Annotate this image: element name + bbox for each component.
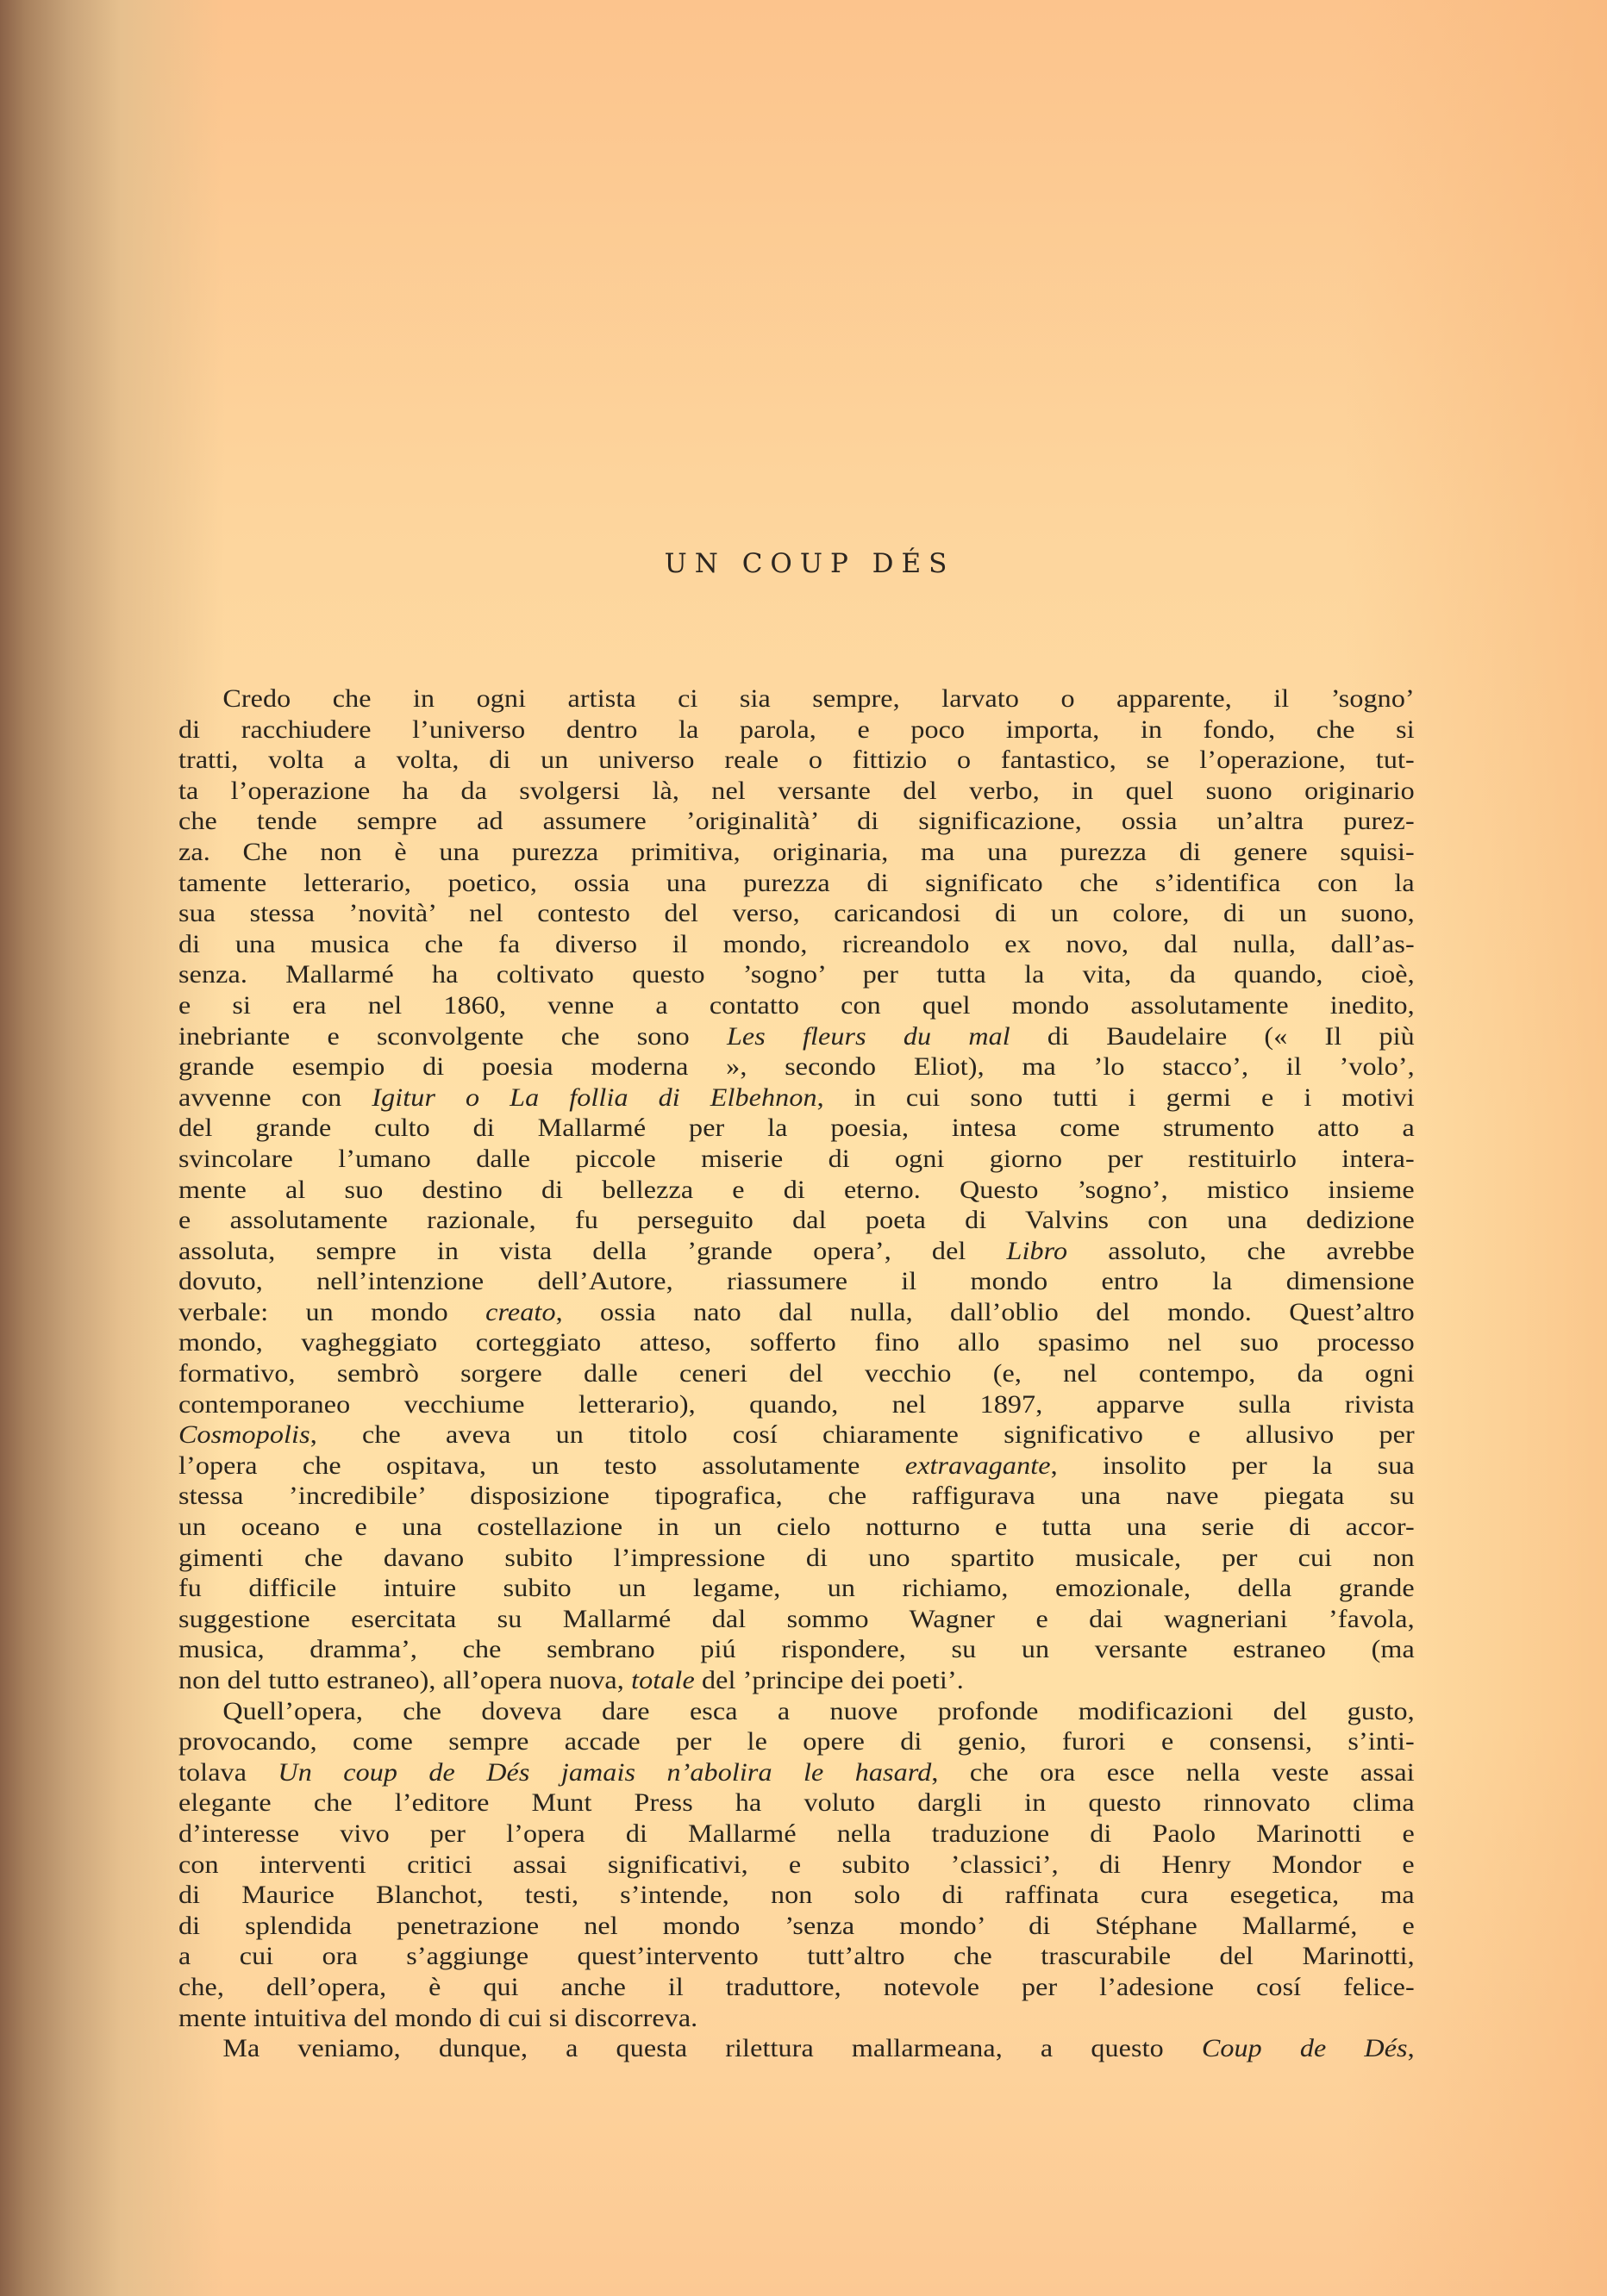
text-line: avvenne con Igitur o La follia di Elbehn…	[178, 1082, 1415, 1114]
text-segment: suggestione esercitata su Mallarmé dal s…	[178, 1605, 1415, 1633]
italic-title: Coup de Dés	[1202, 2034, 1408, 2062]
text-segment: che tende sempre ad assumere ’originalit…	[178, 807, 1415, 835]
text-segment: za. Che non è una purezza primitiva, ori…	[178, 838, 1415, 866]
text-segment: assoluto, che avrebbe	[1067, 1237, 1415, 1265]
paragraph: Quell’opera, che doveva dare esca a nuov…	[178, 1696, 1415, 2034]
text-line: gimenti che davano subito l’impressione …	[178, 1543, 1415, 1574]
text-line: di racchiudere l’universo dentro la paro…	[178, 714, 1415, 746]
italic-title: Igitur o La follia di Elbehnon	[372, 1083, 816, 1112]
text-line: provocando, come sempre accade per le op…	[178, 1726, 1415, 1757]
text-line: non del tutto estraneo), all’opera nuova…	[178, 1665, 1415, 1696]
text-line: contemporaneo vecchiume letterario), qua…	[178, 1389, 1415, 1420]
text-segment: senza. Mallarmé ha coltivato questo ’sog…	[178, 960, 1415, 989]
text-segment: ta l’operazione ha da svolgersi là, nel …	[178, 777, 1415, 805]
text-line: senza. Mallarmé ha coltivato questo ’sog…	[178, 959, 1415, 990]
text-segment: di splendida penetrazione nel mondo ’sen…	[178, 1912, 1415, 1940]
text-segment: dovuto, nell’intenzione dell’Autore, ria…	[178, 1267, 1415, 1295]
text-segment: , ossia nato dal nulla, dall’oblio del m…	[556, 1298, 1415, 1326]
text-segment: stessa ’incredibile’ disposizione tipogr…	[178, 1482, 1415, 1510]
text-line: di Maurice Blanchot, testi, s’intende, n…	[178, 1880, 1415, 1911]
text-line: l’opera che ospitava, un testo assolutam…	[178, 1451, 1415, 1482]
text-line: fu difficile intuire subito un legame, u…	[178, 1573, 1415, 1604]
text-segment: grande esempio di poesia moderna », seco…	[178, 1052, 1415, 1081]
text-segment: e si era nel 1860, venne a contatto con …	[178, 991, 1415, 1020]
text-line: Ma veniamo, dunque, a questa rilettura m…	[178, 2033, 1415, 2064]
text-line: elegante che l’editore Munt Press ha vol…	[178, 1788, 1415, 1819]
text-segment: ,	[1408, 2034, 1415, 2062]
text-segment: che, dell’opera, è qui anche il tradutto…	[178, 1973, 1415, 2001]
italic-title: Libro	[1007, 1237, 1068, 1265]
text-segment: Credo che in ogni artista ci sia sempre,…	[222, 684, 1414, 713]
text-segment: di Baudelaire (« Il più	[1010, 1022, 1415, 1051]
text-segment: del ’principe dei poeti’.	[695, 1666, 964, 1694]
text-segment: del grande culto di Mallarmé per la poes…	[178, 1114, 1415, 1142]
text-segment: verbale: un mondo	[178, 1298, 485, 1326]
text-line: con interventi critici assai significati…	[178, 1850, 1415, 1881]
text-segment: svincolare l’umano dalle piccole miserie…	[178, 1145, 1415, 1173]
text-segment: gimenti che davano subito l’impressione …	[178, 1544, 1415, 1572]
body-text: Credo che in ogni artista ci sia sempre,…	[178, 683, 1415, 2064]
text-segment: mondo, vagheggiato corteggiato atteso, s…	[178, 1328, 1415, 1357]
text-segment: non del tutto estraneo), all’opera nuova…	[178, 1666, 631, 1694]
italic-title: Les fleurs du mal	[727, 1022, 1010, 1051]
text-line: sua stessa ’novità’ nel contesto del ver…	[178, 898, 1415, 929]
text-line: formativo, sembrò sorgere dalle ceneri d…	[178, 1358, 1415, 1389]
text-line: mente al suo destino di bellezza e di et…	[178, 1175, 1415, 1206]
text-segment: formativo, sembrò sorgere dalle ceneri d…	[178, 1359, 1415, 1388]
text-line: di splendida penetrazione nel mondo ’sen…	[178, 1911, 1415, 1942]
paragraph: Ma veniamo, dunque, a questa rilettura m…	[178, 2033, 1415, 2064]
text-segment: , in cui sono tutti i germi e i motivi	[817, 1083, 1415, 1112]
text-segment: d’interesse vivo per l’opera di Mallarmé…	[178, 1819, 1415, 1848]
text-segment: Ma veniamo, dunque, a questa rilettura m…	[222, 2034, 1201, 2062]
text-segment: fu difficile intuire subito un legame, u…	[178, 1574, 1415, 1602]
text-segment: assoluta, sempre in vista della ’grande …	[178, 1237, 1007, 1265]
text-line: e si era nel 1860, venne a contatto con …	[178, 990, 1415, 1021]
text-segment: tolava	[178, 1758, 278, 1787]
italic-title: creato	[485, 1298, 555, 1326]
text-line: svincolare l’umano dalle piccole miserie…	[178, 1144, 1415, 1175]
text-line: che, dell’opera, è qui anche il tradutto…	[178, 1972, 1415, 2003]
text-line: assoluta, sempre in vista della ’grande …	[178, 1236, 1415, 1267]
italic-title: totale	[631, 1666, 695, 1694]
text-segment: , che ora esce nella veste assai	[931, 1758, 1414, 1787]
text-segment: a cui ora s’aggiunge quest’intervento tu…	[178, 1942, 1415, 1970]
text-line: Quell’opera, che doveva dare esca a nuov…	[178, 1696, 1415, 1727]
text-segment: con interventi critici assai significati…	[178, 1850, 1415, 1879]
text-line: mondo, vagheggiato corteggiato atteso, s…	[178, 1327, 1415, 1358]
text-line: suggestione esercitata su Mallarmé dal s…	[178, 1604, 1415, 1635]
text-segment: , che aveva un titolo cosí chiaramente s…	[310, 1420, 1415, 1449]
italic-title: Cosmopolis	[178, 1420, 310, 1449]
text-segment: tamente letterario, poetico, ossia una p…	[178, 869, 1415, 897]
text-segment: musica, dramma’, che sembrano piú rispon…	[178, 1635, 1415, 1663]
text-segment: di racchiudere l’universo dentro la paro…	[178, 715, 1415, 744]
text-line: mente intuitiva del mondo di cui si disc…	[178, 2003, 1415, 2034]
text-segment: sua stessa ’novità’ nel contesto del ver…	[178, 899, 1415, 927]
text-line: tratti, volta a volta, di un universo re…	[178, 745, 1415, 776]
text-line: Credo che in ogni artista ci sia sempre,…	[178, 683, 1415, 714]
text-segment: un oceano e una costellazione in un ciel…	[178, 1513, 1415, 1541]
text-line: za. Che non è una purezza primitiva, ori…	[178, 837, 1415, 868]
text-line: verbale: un mondo creato, ossia nato dal…	[178, 1297, 1415, 1328]
italic-title: Un coup de Dés jamais n’abolira le hasar…	[278, 1758, 931, 1787]
text-line: un oceano e una costellazione in un ciel…	[178, 1512, 1415, 1543]
text-line: grande esempio di poesia moderna », seco…	[178, 1051, 1415, 1082]
text-segment: e assolutamente razionale, fu perseguito…	[178, 1206, 1415, 1234]
text-line: tolava Un coup de Dés jamais n’abolira l…	[178, 1757, 1415, 1788]
text-segment: inebriante e sconvolgente che sono	[178, 1022, 727, 1051]
text-line: a cui ora s’aggiunge quest’intervento tu…	[178, 1941, 1415, 1972]
text-line: dovuto, nell’intenzione dell’Autore, ria…	[178, 1266, 1415, 1297]
text-line: musica, dramma’, che sembrano piú rispon…	[178, 1634, 1415, 1665]
text-segment: contemporaneo vecchiume letterario), qua…	[178, 1390, 1415, 1419]
italic-title: extravagante	[905, 1451, 1051, 1480]
text-segment: elegante che l’editore Munt Press ha vol…	[178, 1788, 1415, 1817]
text-segment: tratti, volta a volta, di un universo re…	[178, 746, 1415, 774]
text-line: d’interesse vivo per l’opera di Mallarmé…	[178, 1819, 1415, 1850]
text-segment: di una musica che fa diverso il mondo, r…	[178, 930, 1415, 958]
text-segment: mente al suo destino di bellezza e di et…	[178, 1176, 1415, 1204]
text-segment: , insolito per la sua	[1051, 1451, 1415, 1480]
text-segment: di Maurice Blanchot, testi, s’intende, n…	[178, 1881, 1415, 1909]
page-title: UN COUP DÉS	[178, 548, 1415, 579]
text-line: Cosmopolis, che aveva un titolo cosí chi…	[178, 1419, 1415, 1451]
text-segment: l’opera che ospitava, un testo assolutam…	[178, 1451, 905, 1480]
text-line: ta l’operazione ha da svolgersi là, nel …	[178, 776, 1415, 807]
text-line: di una musica che fa diverso il mondo, r…	[178, 929, 1415, 960]
text-line: che tende sempre ad assumere ’originalit…	[178, 806, 1415, 837]
text-line: e assolutamente razionale, fu perseguito…	[178, 1205, 1415, 1236]
text-segment: mente intuitiva del mondo di cui si disc…	[178, 2004, 697, 2032]
text-segment: Quell’opera, che doveva dare esca a nuov…	[222, 1697, 1414, 1725]
paragraph: Credo che in ogni artista ci sia sempre,…	[178, 683, 1415, 1696]
text-line: del grande culto di Mallarmé per la poes…	[178, 1113, 1415, 1144]
text-line: tamente letterario, poetico, ossia una p…	[178, 868, 1415, 899]
text-segment: avvenne con	[178, 1083, 372, 1112]
text-segment: provocando, come sempre accade per le op…	[178, 1727, 1415, 1756]
text-line: inebriante e sconvolgente che sono Les f…	[178, 1021, 1415, 1052]
text-line: stessa ’incredibile’ disposizione tipogr…	[178, 1481, 1415, 1512]
